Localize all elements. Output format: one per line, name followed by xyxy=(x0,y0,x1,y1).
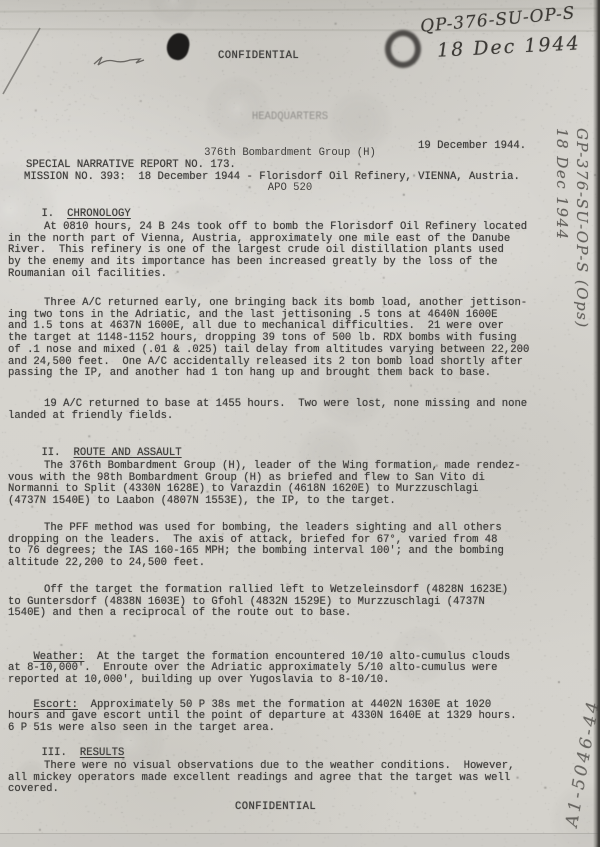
paragraph-route-3: Off the target the formation rallied lef… xyxy=(8,585,508,620)
margin-note-right: GP-376-SU-OP-S (Ops) 18 Dec 1944 xyxy=(552,128,592,329)
classification-stamp-bottom: CONFIDENTIAL xyxy=(235,802,316,814)
paragraph-route-2: The PFF method was used for bombing, the… xyxy=(8,523,504,570)
escort-label: Escort: xyxy=(33,699,78,711)
report-date: 19 December 1944. xyxy=(418,141,526,153)
hole-punch-ring xyxy=(385,30,421,68)
crease-mark xyxy=(0,24,60,104)
pen-scribble xyxy=(90,50,150,70)
letterhead-apo: APO 520 xyxy=(165,183,415,195)
report-title-line: SPECIAL NARRATIVE REPORT NO. 173. xyxy=(26,160,236,172)
report-letterhead: HEADQUARTERS 376th Bombardment Group (H)… xyxy=(165,88,415,219)
letterhead-group: 376th Bombardment Group (H) xyxy=(165,148,415,160)
ink-blot xyxy=(164,31,191,62)
mission-line: MISSION NO. 393: 18 December 1944 - Flor… xyxy=(24,172,520,184)
scan-bottom-band xyxy=(0,833,600,847)
paragraph-chronology-1: At 0810 hours, 24 B 24s took off to bomb… xyxy=(8,222,527,281)
section-number: I. xyxy=(41,208,54,220)
paragraph-results-1: There were no visual observations due to… xyxy=(8,761,514,796)
section-number: III. xyxy=(41,747,66,759)
document-page: CONFIDENTIAL QP-376-SU-OP-S 18 Dec 1944 … xyxy=(0,0,600,847)
section-title: ROUTE AND ASSAULT xyxy=(74,447,182,459)
section-number: II. xyxy=(41,447,60,459)
section-title: RESULTS xyxy=(80,747,125,759)
section-title: CHRONOLOGY xyxy=(67,208,131,220)
handwritten-date: 18 Dec 1944 xyxy=(437,32,582,61)
weather-text: At the target the formation encountered … xyxy=(8,651,510,686)
paragraph-chronology-2: Three A/C returned early, one bringing b… xyxy=(8,298,529,380)
classification-stamp-top: CONFIDENTIAL xyxy=(218,51,299,63)
page-edge-shadow xyxy=(593,0,600,847)
paragraph-chronology-3: 19 A/C returned to base at 1455 hours. T… xyxy=(8,399,527,422)
escort-text: Approximately 50 P 38s met the formation… xyxy=(8,699,517,734)
letterhead-headquarters: HEADQUARTERS xyxy=(165,112,415,124)
weather-label: Weather: xyxy=(33,651,84,663)
paragraph-route-1: The 376th Bombardment Group (H), leader … xyxy=(8,461,521,508)
